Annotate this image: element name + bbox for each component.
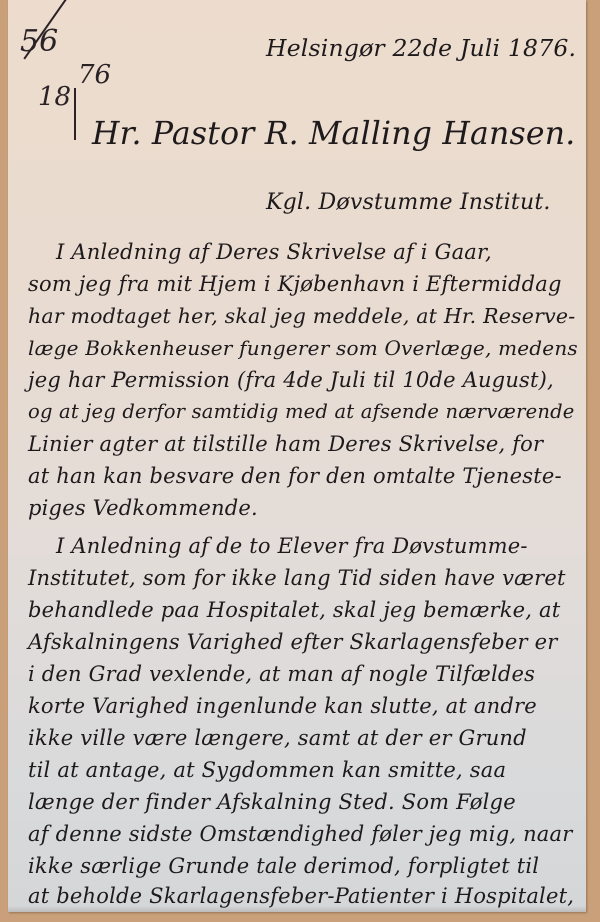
body-line: til at antage, at Sygdommen kan smitte, … (28, 758, 506, 782)
archive-mark-bottom: 18 (38, 82, 71, 112)
archive-mark-right: 76 (78, 60, 111, 90)
institution-line: Kgl. Døvstumme Institut. (266, 190, 551, 215)
letter-page: 56 18 76 Helsingør 22de Juli 1876. Hr. P… (8, 0, 586, 912)
body-line: har modtaget her, skal jeg meddele, at H… (28, 304, 575, 328)
body-line: I Anledning af Deres Skrivelse af i Gaar… (56, 240, 492, 264)
body-line: ikke særlige Grunde tale derimod, forpli… (28, 854, 539, 878)
archive-bar (74, 88, 76, 140)
salutation: Hr. Pastor R. Malling Hansen. (92, 116, 575, 152)
body-line: i den Grad vexlende, at man af nogle Til… (28, 662, 535, 686)
body-line: læge Bokkenheuser fungerer som Overlæge,… (28, 336, 578, 360)
body-line: jeg har Permission (fra 4de Juli til 10d… (28, 368, 554, 392)
body-line: længe der finder Afskalning Sted. Som Fø… (28, 790, 516, 814)
body-line: piges Vedkommende. (28, 496, 258, 520)
body-line: ikke ville være længere, samt at der er … (28, 726, 527, 750)
body-line: I Anledning af de to Elever fra Døvstumm… (56, 534, 528, 558)
body-line: korte Varighed ingenlunde kan slutte, at… (28, 694, 537, 718)
body-line: og at jeg derfor samtidig med at afsende… (28, 400, 575, 423)
body-line: Institutet, som for ikke lang Tid siden … (28, 566, 566, 590)
body-line: behandlede paa Hospitalet, skal jeg bemæ… (28, 598, 560, 622)
body-line: som jeg fra mit Hjem i Kjøbenhavn i Efte… (28, 272, 562, 296)
body-line: Linier agter at tilstille ham Deres Skri… (28, 432, 543, 456)
body-line: at han kan besvare den for den omtalte T… (28, 464, 562, 488)
place-date: Helsingør 22de Juli 1876. (266, 34, 576, 62)
body-line: af denne sidste Omstændighed føler jeg m… (28, 822, 573, 846)
archive-number-mark: 56 18 76 (18, 10, 108, 130)
body-line: at beholde Skarlagensfeber-Patienter i H… (28, 884, 574, 908)
body-line: Afskalningens Varighed efter Skarlagensf… (28, 630, 557, 654)
